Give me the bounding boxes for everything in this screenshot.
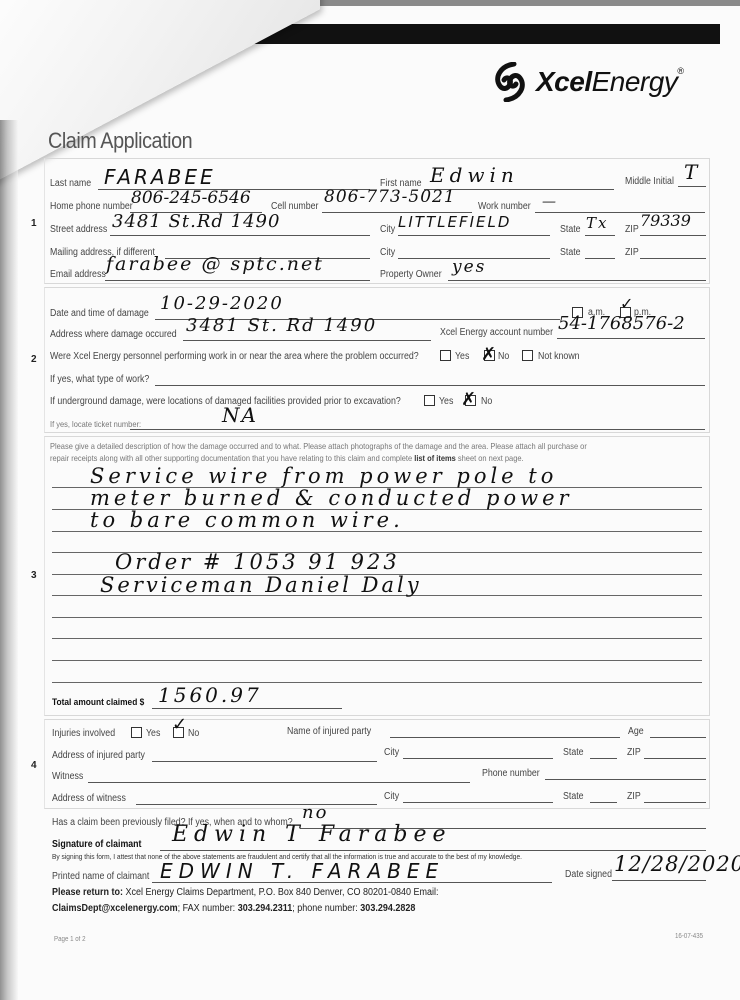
list-of-items-link: list of items — [414, 453, 456, 463]
damage-address-label: Address where damage occured — [50, 329, 177, 340]
xcel-swirl-icon — [492, 62, 528, 102]
middle-initial-label: Middle Initial — [625, 176, 674, 187]
first-name-field[interactable]: Edwin — [430, 163, 519, 187]
document-page: XcelEnergy® Claim Application 1 2 3 4 La… — [0, 0, 740, 1000]
section-number-4: 4 — [31, 760, 37, 771]
return-label: Please return to: — [52, 887, 123, 898]
witness-address-label: Address of witness — [52, 793, 126, 804]
section-injuries — [44, 719, 710, 809]
property-owner-label: Property Owner — [380, 269, 442, 280]
home-phone-field[interactable]: 806-245-6546 — [131, 188, 251, 208]
last-name-label: Last name — [50, 178, 91, 189]
description-line-5[interactable]: Order # 1053 91 923 — [115, 550, 400, 574]
injured-name-label: Name of injured party — [287, 726, 371, 737]
witness-label: Witness — [52, 771, 83, 782]
return-address: Please return to: Xcel Energy Claims Dep… — [52, 887, 439, 898]
age-label: Age — [628, 726, 644, 737]
email-label: Email address — [50, 269, 106, 280]
injured-zip-label: ZIP — [627, 747, 641, 758]
damage-address-field[interactable]: 3481 St. Rd 1490 — [186, 315, 377, 336]
mailing-zip-label: ZIP — [625, 247, 639, 258]
signature-field[interactable]: Edwin T Farabee — [172, 822, 451, 847]
ticket-number-label: If yes, locate ticket number: — [50, 419, 141, 429]
witness-city-label: City — [384, 791, 399, 802]
injuries-yes-label: Yes — [146, 728, 160, 739]
form-code: 16-07-435 — [675, 933, 703, 940]
scan-edge-strip — [300, 0, 740, 6]
injuries-yes-checkbox[interactable] — [131, 727, 142, 738]
total-amount-field[interactable]: 1560.97 — [158, 683, 262, 707]
description-line-2[interactable]: meter burned & conducted power — [90, 486, 573, 510]
cell-number-field[interactable]: 806-773-5021 — [324, 187, 456, 207]
personnel-question: Were Xcel Energy personnel performing wo… — [50, 351, 419, 362]
phone-number: 303.294.2828 — [360, 903, 415, 914]
logo-light-text: Energy — [592, 66, 678, 97]
phone-label: ; phone number: — [292, 903, 360, 914]
work-number-label: Work number — [478, 201, 531, 212]
personnel-no-label: No — [498, 351, 509, 362]
damage-date-field[interactable]: 10-29-2020 — [160, 293, 284, 314]
description-instructions-2: repair receipts along with all other sup… — [50, 453, 524, 463]
section-number-2: 2 — [31, 354, 37, 365]
section-number-1: 1 — [31, 218, 37, 229]
injuries-no-label: No — [188, 728, 199, 739]
witness-phone-label: Phone number — [482, 768, 540, 779]
instructions-text-end: sheet on next page. — [456, 453, 524, 463]
claims-email-link[interactable]: ClaimsDept@xcelenergy.com — [52, 903, 178, 914]
scan-shadow — [0, 120, 18, 1000]
state-field[interactable]: Tx — [586, 214, 608, 232]
mailing-city-label: City — [380, 247, 395, 258]
personnel-yes-checkbox[interactable] — [440, 350, 451, 361]
work-type-label: If yes, what type of work? — [50, 374, 149, 385]
state-label: State — [560, 224, 581, 235]
description-line-1[interactable]: Service wire from power pole to — [90, 464, 557, 488]
return-text: Xcel Energy Claims Department, P.O. Box … — [123, 887, 438, 898]
underground-no-label: No — [481, 396, 492, 407]
last-name-field[interactable]: FARABEE — [104, 165, 216, 189]
city-field[interactable]: LITTLEFIELD — [398, 213, 511, 231]
street-address-field[interactable]: 3481 St.Rd 1490 — [112, 211, 280, 232]
account-number-field[interactable]: 54-1768576-2 — [558, 313, 685, 334]
email-field[interactable]: farabee @ sptc.net — [106, 253, 324, 275]
underground-yes-checkbox[interactable] — [424, 395, 435, 406]
total-amount-label: Total amount claimed $ — [52, 697, 144, 708]
xcel-energy-logo: XcelEnergy® — [492, 62, 683, 102]
ticket-number-field[interactable]: NA — [222, 403, 258, 427]
page-title: Claim Application — [48, 128, 192, 154]
date-signed-label: Date signed — [565, 869, 612, 880]
property-owner-field[interactable]: yes — [452, 257, 486, 277]
personnel-not-known-label: Not known — [538, 351, 580, 362]
injuries-no-check-mark-icon: ✓ — [172, 714, 187, 735]
personnel-yes-label: Yes — [455, 351, 469, 362]
witness-zip-label: ZIP — [627, 791, 641, 802]
description-line-6[interactable]: Serviceman Daniel Daly — [100, 573, 422, 597]
printed-name-label: Printed name of claimant — [52, 871, 149, 882]
previous-claim-field[interactable]: no — [302, 802, 328, 823]
registered-mark: ® — [677, 66, 683, 76]
fax-number: 303.294.2311 — [238, 903, 293, 914]
witness-state-label: State — [563, 791, 584, 802]
work-number-field[interactable]: — — [542, 194, 558, 210]
street-address-label: Street address — [50, 224, 107, 235]
page-number: Page 1 of 2 — [54, 936, 86, 943]
signature-label: Signature of claimant — [52, 839, 141, 850]
zip-label: ZIP — [625, 224, 639, 235]
zip-field[interactable]: 79339 — [640, 211, 691, 230]
description-line-3[interactable]: to bare common wire. — [90, 508, 404, 532]
injured-state-label: State — [563, 747, 584, 758]
date-signed-field[interactable]: 12/28/2020 — [614, 852, 740, 876]
account-number-label: Xcel Energy account number — [440, 327, 553, 338]
underground-no-x-mark-icon: ✗ — [461, 389, 476, 410]
printed-name-field[interactable]: EDWIN T. FARABEE — [160, 859, 444, 883]
instructions-text: repair receipts along with all other sup… — [50, 453, 414, 463]
injuries-label: Injuries involved — [52, 728, 115, 739]
description-instructions-1: Please give a detailed description of ho… — [50, 441, 587, 451]
personnel-not-known-checkbox[interactable] — [522, 350, 533, 361]
personnel-no-x-mark-icon: ✗ — [481, 344, 496, 365]
injured-city-label: City — [384, 747, 399, 758]
pm-check-mark-icon: ✓ — [620, 294, 633, 313]
fax-label: ; FAX number: — [178, 903, 238, 914]
city-label: City — [380, 224, 395, 235]
contact-info: ClaimsDept@xcelenergy.com; FAX number: 3… — [52, 903, 415, 914]
section-number-3: 3 — [31, 570, 37, 581]
logo-bold-text: Xcel — [536, 66, 592, 97]
injured-address-label: Address of injured party — [52, 750, 145, 761]
mailing-state-label: State — [560, 247, 581, 258]
middle-initial-field[interactable]: T — [684, 160, 699, 184]
damage-date-label: Date and time of damage — [50, 308, 149, 319]
underground-yes-label: Yes — [439, 396, 453, 407]
